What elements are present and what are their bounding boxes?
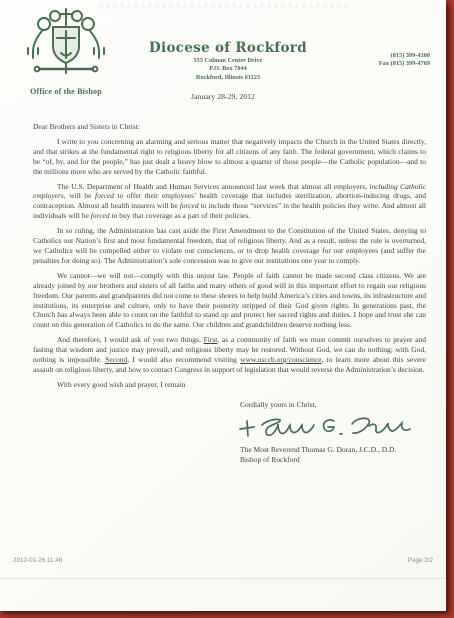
diocese-title: Diocese of Rockford xyxy=(126,40,330,56)
letter-date: January 28-29, 2012 xyxy=(0,92,446,101)
letter-body: Dear Brothers and Sisters in Christ: I w… xyxy=(33,122,426,465)
letter-paragraph: In so ruling, the Administration has cas… xyxy=(33,226,426,266)
signature-icon xyxy=(236,412,416,444)
salutation: Dear Brothers and Sisters in Christ: xyxy=(33,122,426,132)
letter-paragraph: With every good wish and prayer, I remai… xyxy=(33,380,426,390)
contact-numbers: (815) 399-4300 Fax (815) 399-4769 xyxy=(379,52,430,68)
letter-paragraph: And therefore, I would ask of you two th… xyxy=(33,335,426,375)
letter-paragraph: The U.S. Department of Health and Human … xyxy=(33,182,426,222)
footer-divider xyxy=(0,578,446,579)
footer-page-number: Page 2/2 xyxy=(408,557,433,564)
masthead: Diocese of Rockford 555 Colman Center Dr… xyxy=(126,40,330,81)
scan-artifact xyxy=(100,3,350,8)
fax-footer: 2012-01-26 11:46 Page 2/2 xyxy=(0,557,446,564)
footer-timestamp: 2012-01-26 11:46 xyxy=(13,557,62,564)
address-line-3: Rockford, Illinois 61125 xyxy=(126,74,330,81)
phone-number: (815) 399-4300 xyxy=(379,52,430,60)
address-line-1: 555 Colman Center Drive xyxy=(126,57,330,64)
address-line-2: P.O. Box 7044 xyxy=(126,65,330,72)
fax-number: Fax (815) 399-4769 xyxy=(379,60,430,68)
scanned-letter: Office of the Bishop Diocese of Rockford… xyxy=(0,0,454,618)
bishop-crest-icon xyxy=(23,6,109,80)
closing-block: Cordially yours in Christ, The Most Reve… xyxy=(240,400,426,465)
letter-paragraph: I write to you concerning an alarming an… xyxy=(33,137,426,177)
valediction: Cordially yours in Christ, xyxy=(240,400,426,410)
crest-block: Office of the Bishop xyxy=(18,6,114,96)
signer-title: Bishop of Rockford xyxy=(240,455,426,465)
signer-name: The Most Reverend Thomas G. Doran, J.C.D… xyxy=(240,445,426,455)
letter-page: Office of the Bishop Diocese of Rockford… xyxy=(0,0,446,611)
letter-paragraph: We cannot—we will not—comply with this u… xyxy=(33,271,426,330)
